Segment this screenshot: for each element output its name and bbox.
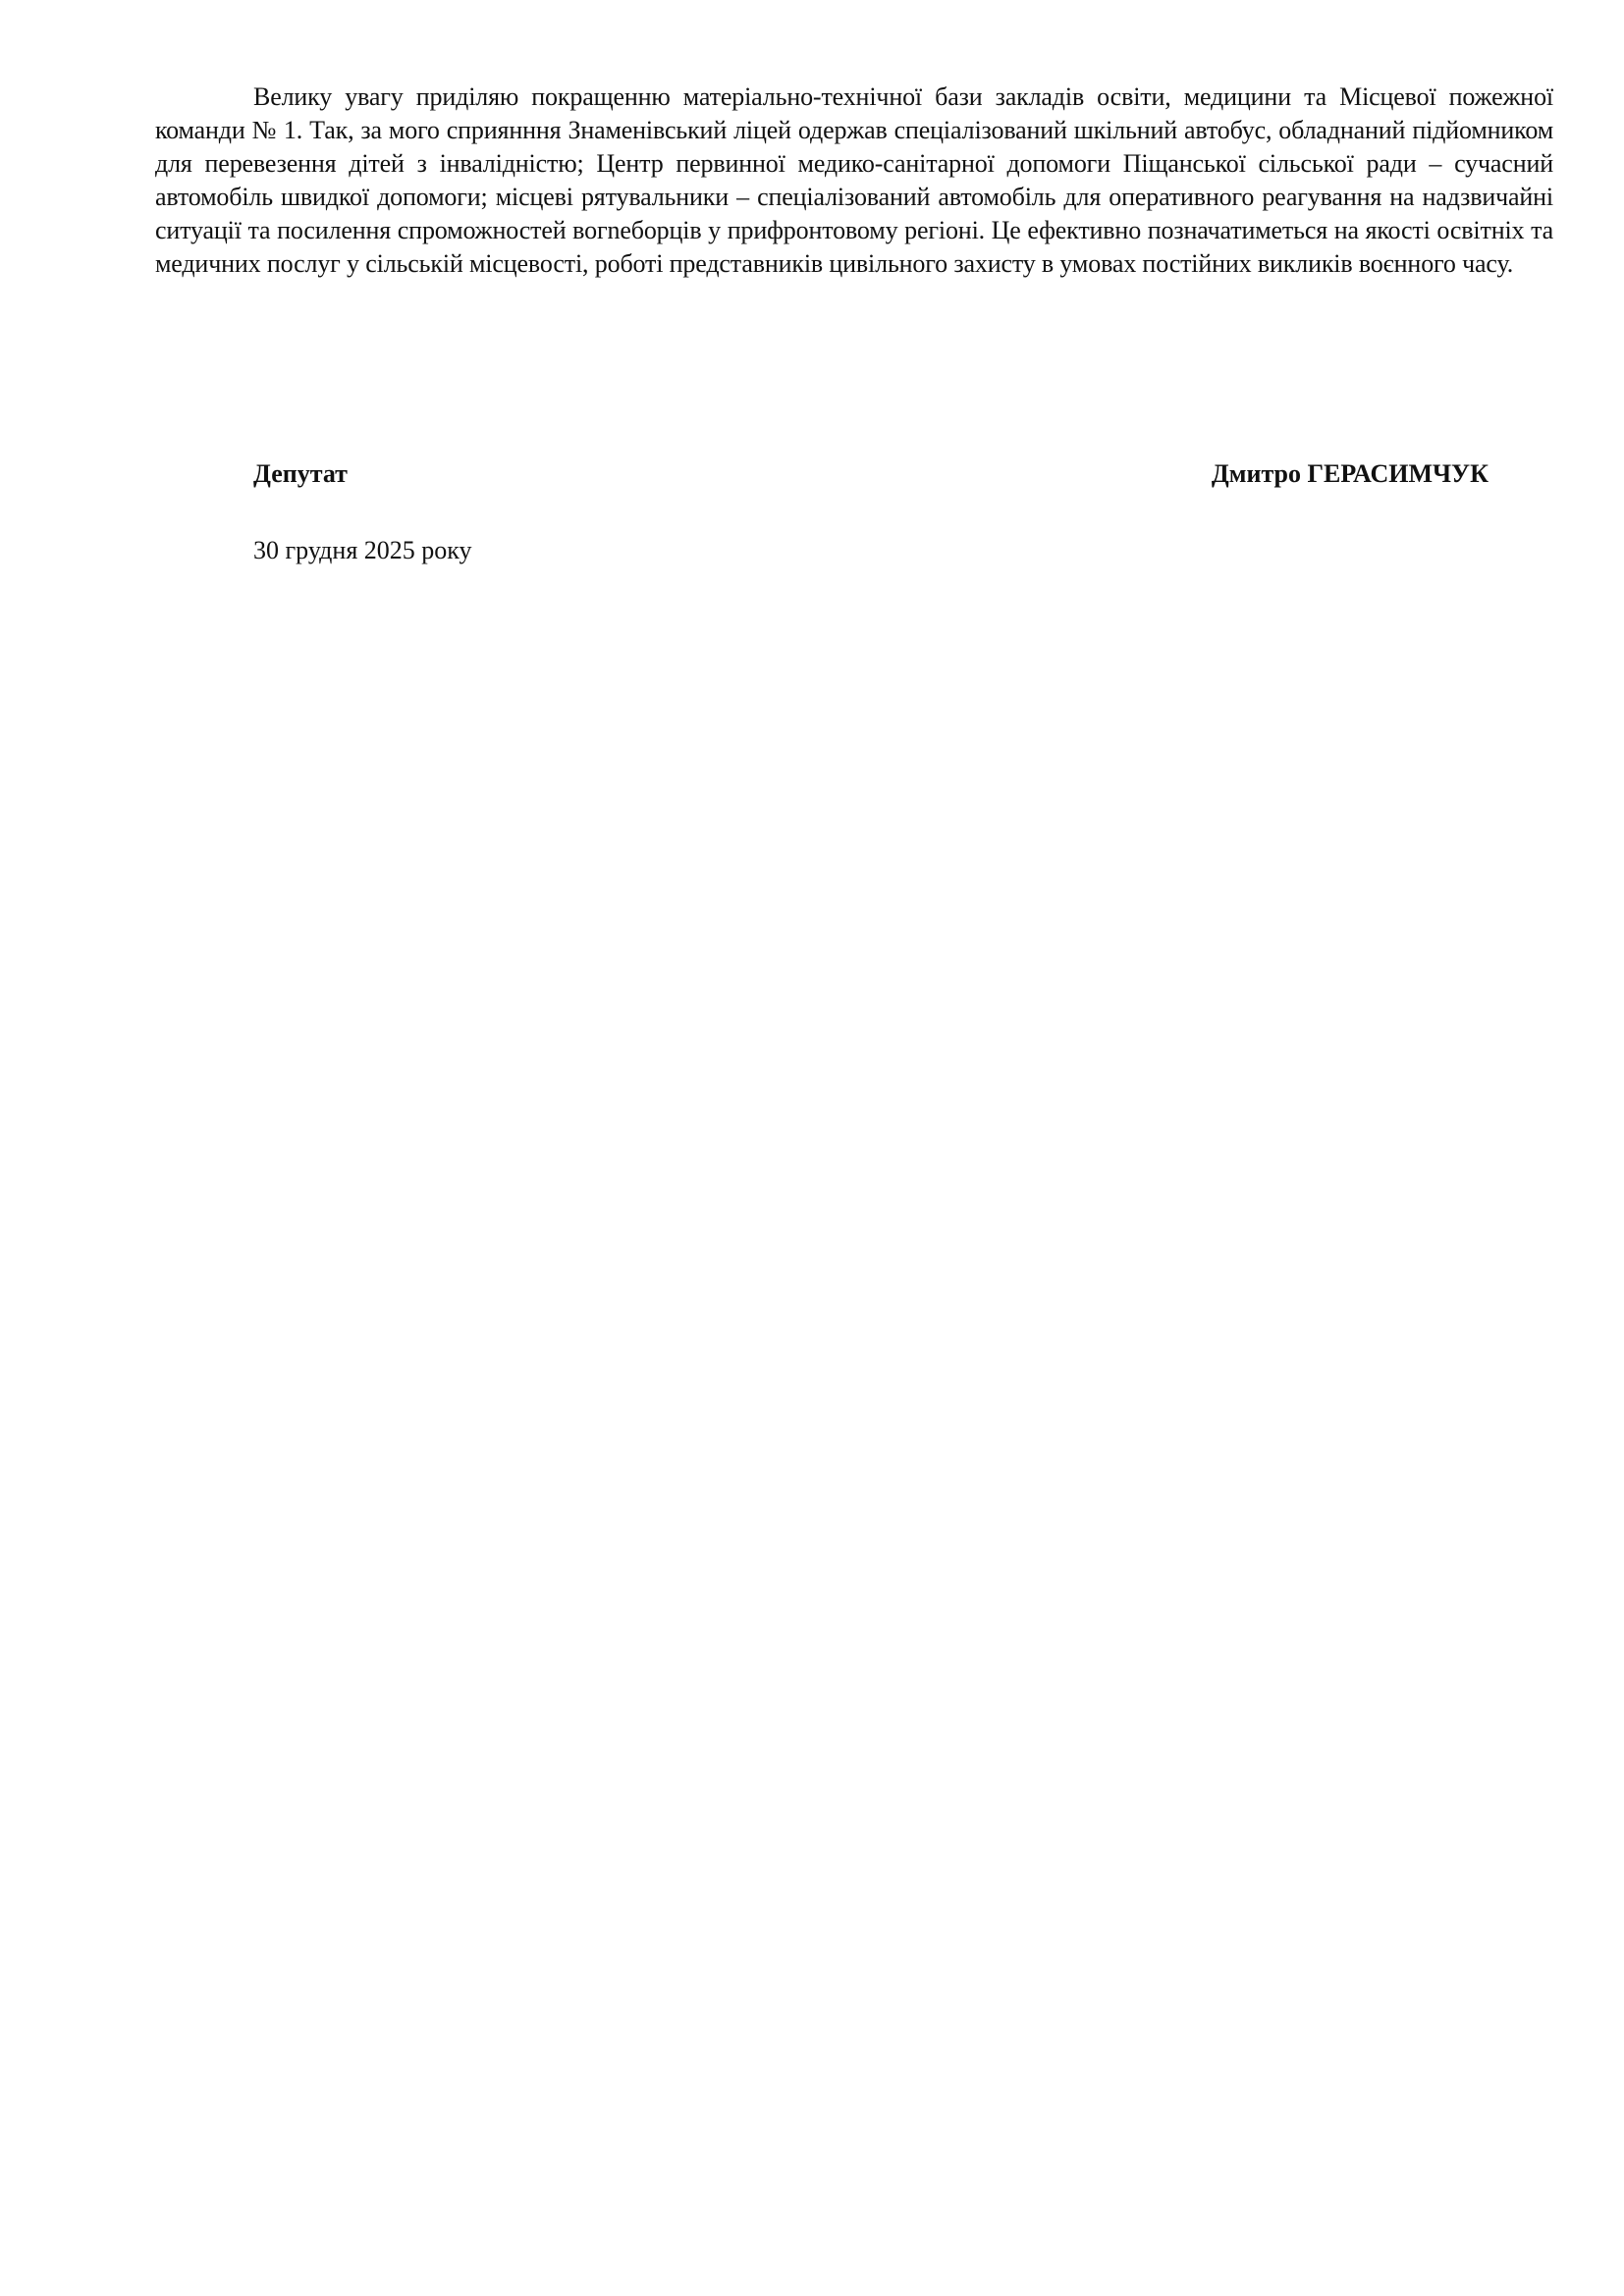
document-date: 30 грудня 2025 року xyxy=(253,536,472,565)
signature-title: Депутат xyxy=(253,459,348,489)
document-page: Велику увагу приділяю покращенню матеріа… xyxy=(0,0,1624,2296)
signature-block: Депутат Дмитро ГЕРАСИМЧУК xyxy=(253,459,1489,495)
signature-name: Дмитро ГЕРАСИМЧУК xyxy=(1212,459,1489,489)
body-paragraph: Велику увагу приділяю покращенню матеріа… xyxy=(155,80,1553,281)
